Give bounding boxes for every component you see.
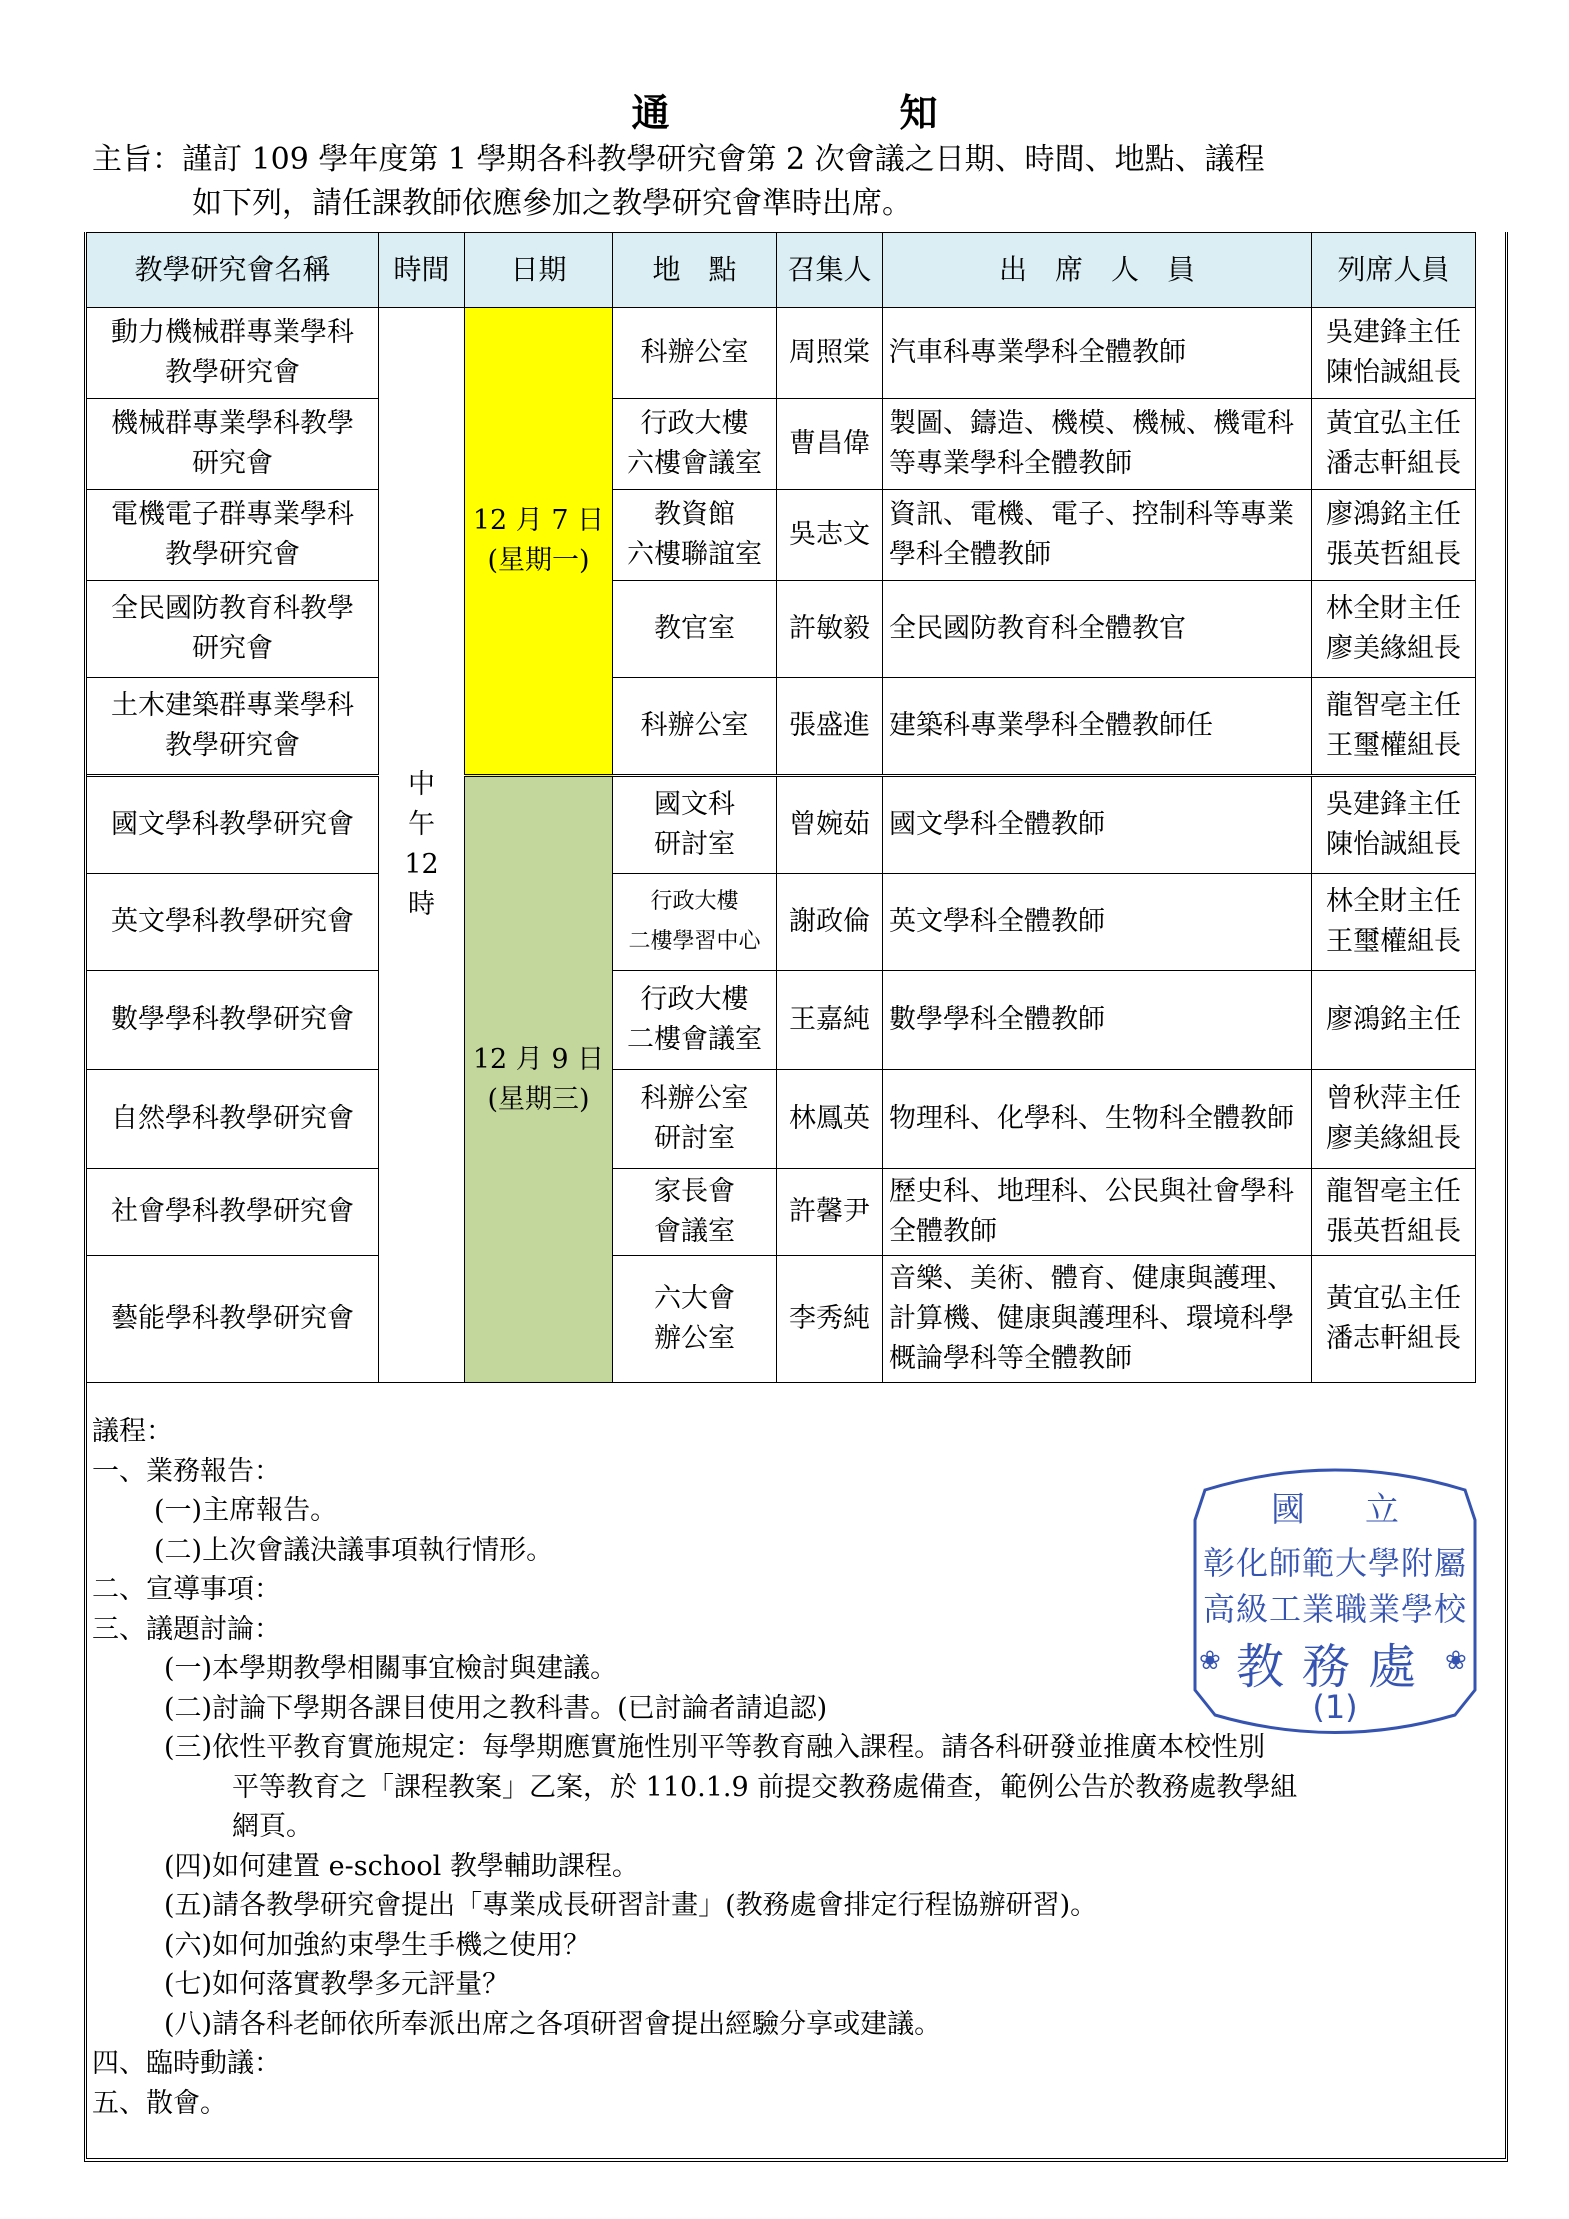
agenda-item: 五、散會。 [92,2084,1492,2124]
cell-observers: 吳建鋒主任 陳怡誠組長 [1312,308,1476,399]
stamp-line-1: 國立 [1175,1482,1495,1531]
table-header-row: 教學研究會名稱 時間 日期 地 點 召集人 出 席 人 員 列席人員 [87,233,1476,308]
cell-convener: 林鳳英 [777,1070,883,1169]
agenda-item: (四)如何建置 e-school 教學輔助課程。 [92,1847,1492,1887]
table-row: 土木建築群專業學科 教學研究會科辦公室張盛進建築科專業學科全體教師任龍智亳主任 … [87,678,1476,776]
agenda-item: 四、臨時動議： [92,2044,1492,2084]
cell-name: 機械群專業學科教學 研究會 [87,399,379,490]
subject-line-1: 主旨：謹訂 109 學年度第 1 學期各科教學研究會第 2 次會議之日期、時間、… [92,138,1512,182]
cell-attendees: 資訊、電機、電子、控制科等專業學科全體教師 [883,490,1312,581]
cell-name: 電機電子群專業學科 教學研究會 [87,490,379,581]
cell-attendees: 數學學科全體教師 [883,971,1312,1070]
cell-location: 國文科 研討室 [613,776,777,874]
cell-attendees: 英文學科全體教師 [883,874,1312,971]
stamp-line-3: 高級工業職業學校 [1175,1584,1495,1630]
plum-blossom-icon: ❀ [1445,1646,1467,1676]
agenda-heading: 議程： [92,1412,1492,1452]
cell-name: 土木建築群專業學科 教學研究會 [87,678,379,776]
notice-subject: 主旨：謹訂 109 學年度第 1 學期各科教學研究會第 2 次會議之日期、時間、… [92,138,1512,226]
agenda-item: (五)請各教學研究會提出「專業成長研習計畫」(教務處會排定行程協辦研習)。 [92,1886,1492,1926]
cell-location: 行政大樓 二樓學習中心 [613,874,777,971]
notice-title: 通知 [0,82,1569,137]
cell-observers: 龍智亳主任 張英哲組長 [1312,1169,1476,1256]
agenda-item: 平等教育之「課程教案」乙案，於 110.1.9 前提交教務處備查，範例公告於教務… [92,1768,1492,1808]
header-date: 日期 [465,233,613,308]
cell-attendees: 音樂、美術、體育、健康與護理、計算機、健康與護理科、環境科學概論學科等全體教師 [883,1256,1312,1383]
cell-time: 中午12時 [379,308,465,1383]
table-row: 國文學科教學研究會12 月 9 日(星期三)國文科 研討室曾婉茹國文學科全體教師… [87,776,1476,874]
agenda-item: (六)如何加強約束學生手機之使用？ [92,1926,1492,1966]
header-observers: 列席人員 [1312,233,1476,308]
cell-attendees: 全民國防教育科全體教官 [883,581,1312,678]
cell-convener: 李秀純 [777,1256,883,1383]
weekday-value: (星期一) [469,541,608,581]
header-convener: 召集人 [777,233,883,308]
cell-location: 六大會 辦公室 [613,1256,777,1383]
table-row: 全民國防教育科教學 研究會教官室許敏毅全民國防教育科全體教官林全財主任 廖美緣組… [87,581,1476,678]
cell-name: 英文學科教學研究會 [87,874,379,971]
agenda-item: 網頁。 [92,1807,1492,1847]
table-row: 數學學科教學研究會行政大樓 二樓會議室王嘉純數學學科全體教師廖鴻銘主任 [87,971,1476,1070]
cell-location: 科辦公室 研討室 [613,1070,777,1169]
subject-line-2: 如下列，請任課教師依應參加之教學研究會準時出席。 [92,182,1512,226]
cell-attendees: 製圖、鑄造、機模、機械、機電科等專業學科全體教師 [883,399,1312,490]
title-char-2: 知 [900,82,938,137]
weekday-value: (星期三) [469,1080,608,1120]
cell-observers: 龍智亳主任 王璽權組長 [1312,678,1476,776]
cell-convener: 謝政倫 [777,874,883,971]
cell-observers: 林全財主任 廖美緣組長 [1312,581,1476,678]
header-location: 地 點 [613,233,777,308]
agenda-item: (七)如何落實教學多元評量？ [92,1965,1492,2005]
cell-convener: 周照棠 [777,308,883,399]
cell-date: 12 月 7 日(星期一) [465,308,613,776]
cell-convener: 曹昌偉 [777,399,883,490]
cell-convener: 許敏毅 [777,581,883,678]
cell-name: 全民國防教育科教學 研究會 [87,581,379,678]
cell-name: 自然學科教學研究會 [87,1070,379,1169]
date-value: 12 月 7 日 [469,501,608,541]
table-row: 英文學科教學研究會行政大樓 二樓學習中心謝政倫英文學科全體教師林全財主任 王璽權… [87,874,1476,971]
cell-observers: 吳建鋒主任 陳怡誠組長 [1312,776,1476,874]
table-row: 動力機械群專業學科 教學研究會中午12時12 月 7 日(星期一)科辦公室周照棠… [87,308,1476,399]
cell-convener: 王嘉純 [777,971,883,1070]
official-stamp: 國立 彰化師範大學附屬 高級工業職業學校 ❀ 教務處 ❀ (1) [1175,1460,1495,1740]
cell-observers: 黃宜弘主任 潘志軒組長 [1312,399,1476,490]
cell-name: 社會學科教學研究會 [87,1169,379,1256]
cell-location: 家長會 會議室 [613,1169,777,1256]
table-row: 自然學科教學研究會科辦公室 研討室林鳳英物理科、化學科、生物科全體教師曾秋萍主任… [87,1070,1476,1169]
table-row: 社會學科教學研究會家長會 會議室許馨尹歷史科、地理科、公民與社會學科全體教師龍智… [87,1169,1476,1256]
cell-location: 科辦公室 [613,678,777,776]
cell-name: 動力機械群專業學科 教學研究會 [87,308,379,399]
date-value: 12 月 9 日 [469,1040,608,1080]
cell-observers: 廖鴻銘主任 [1312,971,1476,1070]
title-char-1: 通 [631,82,669,137]
cell-attendees: 汽車科專業學科全體教師 [883,308,1312,399]
cell-convener: 曾婉茹 [777,776,883,874]
agenda-item: (八)請各科老師依所奉派出席之各項研習會提出經驗分享或建議。 [92,2005,1492,2045]
cell-attendees: 國文學科全體教師 [883,776,1312,874]
cell-name: 數學學科教學研究會 [87,971,379,1070]
schedule-table: 教學研究會名稱 時間 日期 地 點 召集人 出 席 人 員 列席人員 動力機械群… [86,232,1476,1383]
stamp-line-2: 彰化師範大學附屬 [1175,1538,1495,1584]
time-value: 中午12時 [404,765,440,925]
header-time: 時間 [379,233,465,308]
cell-observers: 黃宜弘主任 潘志軒組長 [1312,1256,1476,1383]
cell-observers: 林全財主任 王璽權組長 [1312,874,1476,971]
cell-attendees: 歷史科、地理科、公民與社會學科全體教師 [883,1169,1312,1256]
cell-date: 12 月 9 日(星期三) [465,776,613,1383]
table-row: 電機電子群專業學科 教學研究會教資館 六樓聯誼室吳志文資訊、電機、電子、控制科等… [87,490,1476,581]
header-attendees: 出 席 人 員 [883,233,1312,308]
cell-observers: 廖鴻銘主任 張英哲組長 [1312,490,1476,581]
cell-observers: 曾秋萍主任 廖美緣組長 [1312,1070,1476,1169]
table-row: 藝能學科教學研究會六大會 辦公室李秀純音樂、美術、體育、健康與護理、計算機、健康… [87,1256,1476,1383]
cell-convener: 吳志文 [777,490,883,581]
cell-location: 行政大樓 二樓會議室 [613,971,777,1070]
cell-convener: 張盛進 [777,678,883,776]
table-row: 機械群專業學科教學 研究會行政大樓 六樓會議室曹昌偉製圖、鑄造、機模、機械、機電… [87,399,1476,490]
cell-name: 藝能學科教學研究會 [87,1256,379,1383]
cell-attendees: 建築科專業學科全體教師任 [883,678,1312,776]
cell-location: 科辦公室 [613,308,777,399]
cell-name: 國文學科教學研究會 [87,776,379,874]
cell-location: 教官室 [613,581,777,678]
cell-attendees: 物理科、化學科、生物科全體教師 [883,1070,1312,1169]
cell-location: 教資館 六樓聯誼室 [613,490,777,581]
stamp-line-5: (1) [1175,1688,1495,1726]
header-name: 教學研究會名稱 [87,233,379,308]
cell-convener: 許馨尹 [777,1169,883,1256]
cell-location: 行政大樓 六樓會議室 [613,399,777,490]
